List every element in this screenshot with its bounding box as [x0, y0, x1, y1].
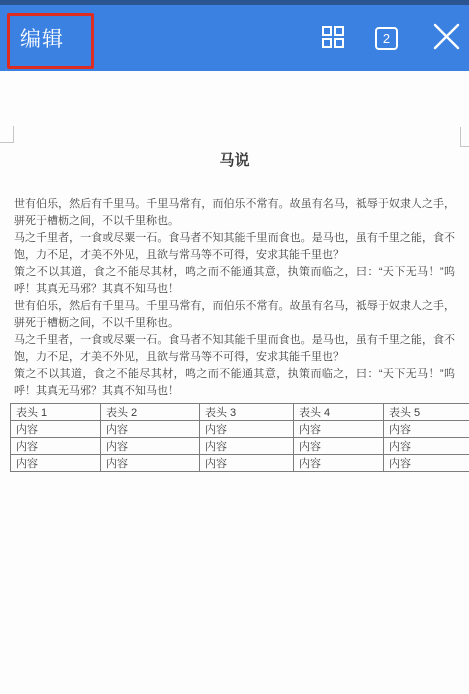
- document-paragraph: 策之不以其道，食之不能尽其材，鸣之而不能通其意，执策而临之，曰：“天下无马！”呜…: [14, 264, 455, 298]
- close-button[interactable]: [431, 21, 462, 55]
- table-row: 内容 内容 内容 内容 内容: [11, 421, 469, 438]
- table-header-row: 表头 1 表头 2 表头 3 表头 4 表头 5: [11, 404, 469, 421]
- table-cell: 内容: [384, 438, 469, 455]
- table-cell: 内容: [11, 438, 101, 455]
- grid-view-button[interactable]: [321, 25, 345, 52]
- document-body: 世有伯乐，然后有千里马。千里马常有，而伯乐不常有。故虽有名马，祗辱于奴隶人之手，…: [14, 196, 455, 400]
- table-cell: 内容: [294, 421, 384, 438]
- table-cell: 内容: [200, 455, 294, 472]
- table-header-cell: 表头 4: [294, 404, 384, 421]
- table-header-cell: 表头 2: [101, 404, 200, 421]
- toolbar-row: 编辑 2: [0, 5, 469, 71]
- document-table: 表头 1 表头 2 表头 3 表头 4 表头 5 内容 内容 内容 内容 内容 …: [10, 403, 469, 472]
- grid-view-icon: [321, 25, 345, 52]
- page-count-icon: 2: [375, 27, 398, 50]
- table-cell: 内容: [11, 421, 101, 438]
- toolbar-icons: 2: [321, 21, 462, 55]
- document-title: 马说: [0, 150, 469, 172]
- table-cell: 内容: [294, 455, 384, 472]
- table-cell: 内容: [294, 438, 384, 455]
- table-cell: 内容: [200, 421, 294, 438]
- table-header-cell: 表头 1: [11, 404, 101, 421]
- table-cell: 内容: [384, 421, 469, 438]
- page-count-button[interactable]: 2: [375, 27, 398, 50]
- document-paragraph: 世有伯乐，然后有千里马。千里马常有，而伯乐不常有。故虽有名马，祗辱于奴隶人之手，…: [14, 298, 455, 332]
- table-cell: 内容: [101, 438, 200, 455]
- close-icon: [431, 21, 462, 55]
- table-cell: 内容: [384, 455, 469, 472]
- page-corner-marker-left: [0, 126, 14, 143]
- table-row: 内容 内容 内容 内容 内容: [11, 455, 469, 472]
- table-cell: 内容: [101, 421, 200, 438]
- edit-button[interactable]: 编辑: [20, 23, 64, 53]
- table-cell: 内容: [101, 455, 200, 472]
- document-paragraph: 马之千里者，一食或尽粟一石。食马者不知其能千里而食也。是马也，虽有千里之能，食不…: [14, 230, 455, 264]
- app-bar: 编辑 2: [0, 0, 469, 71]
- document-paragraph: 世有伯乐，然后有千里马。千里马常有，而伯乐不常有。故虽有名马，祗辱于奴隶人之手，…: [14, 196, 455, 230]
- table-header-cell: 表头 3: [200, 404, 294, 421]
- document-paragraph: 策之不以其道，食之不能尽其材，鸣之而不能通其意，执策而临之，曰：“天下无马！”呜…: [14, 366, 455, 400]
- page-corner-marker-right: [460, 127, 469, 147]
- table-row: 内容 内容 内容 内容 内容: [11, 438, 469, 455]
- document-paragraph: 马之千里者，一食或尽粟一石。食马者不知其能千里而食也。是马也，虽有千里之能，食不…: [14, 332, 455, 366]
- table-cell: 内容: [200, 438, 294, 455]
- table-cell: 内容: [11, 455, 101, 472]
- document-scroll-area[interactable]: 马说 世有伯乐，然后有千里马。千里马常有，而伯乐不常有。故虽有名马，祗辱于奴隶人…: [0, 71, 469, 694]
- table-header-cell: 表头 5: [384, 404, 469, 421]
